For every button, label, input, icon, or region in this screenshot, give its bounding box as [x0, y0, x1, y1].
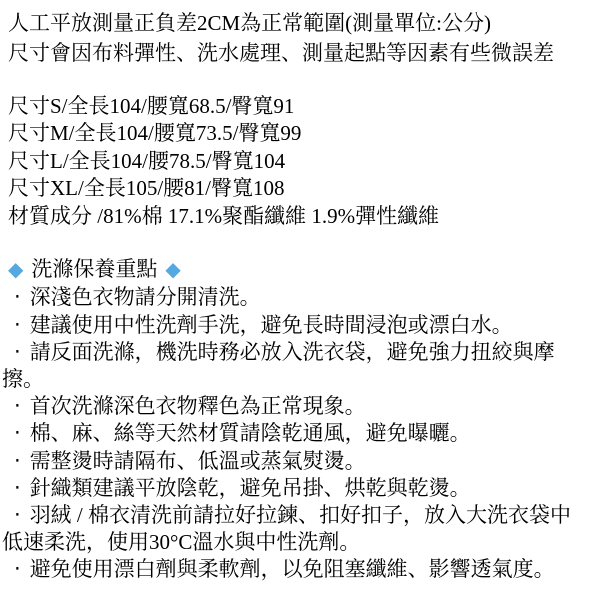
- bullet-icon: ‧: [14, 394, 21, 418]
- measurement-note-section: 人工平放測量正負差2CM為正常範圍(測量單位:公分) 尺寸會因布料彈性、洗水處理…: [8, 8, 576, 68]
- care-item-text: 棉、麻、絲等天然材質請陰乾通風，避免曝曬。: [30, 421, 471, 445]
- size-spec-m: 尺寸M/全長104/腰寬73.5/臀寬99: [8, 120, 576, 147]
- care-item: ‧首次洗滌深色衣物釋色為正常現象。: [2, 393, 576, 420]
- care-item: ‧棉、麻、絲等天然材質請陰乾通風，避免曝曬。: [2, 420, 576, 447]
- bullet-icon: ‧: [14, 503, 21, 527]
- measurement-tolerance-note: 人工平放測量正負差2CM為正常範圍(測量單位:公分): [8, 8, 576, 38]
- care-heading-text: 洗滌保養重點: [31, 257, 157, 281]
- care-item: ‧避免使用漂白劑與柔軟劑，以免阻塞纖維、影響透氣度。: [2, 556, 576, 583]
- care-item: ‧建議使用中性洗劑手洗，避免長時間浸泡或漂白水。: [2, 312, 576, 339]
- bullet-icon: ‧: [14, 476, 21, 500]
- care-item-text: 避免使用漂白劑與柔軟劑，以免阻塞纖維、影響透氣度。: [30, 557, 555, 581]
- size-spec-s: 尺寸S/全長104/腰寬68.5/臀寬91: [8, 93, 576, 120]
- care-item: ‧需整燙時請隔布、低溫或蒸氣熨燙。: [2, 448, 576, 475]
- diamond-icon: ◆: [8, 259, 23, 281]
- care-item: ‧請反面洗滌，機洗時務必放入洗衣袋，避免強力扭絞與摩擦。: [2, 339, 576, 393]
- care-item-text: 建議使用中性洗劑手洗，避免長時間浸泡或漂白水。: [30, 313, 513, 337]
- care-item-text: 需整燙時請隔布、低溫或蒸氣熨燙。: [30, 449, 366, 473]
- bullet-icon: ‧: [14, 449, 21, 473]
- care-item-text: 深淺色衣物請分開清洗。: [30, 285, 261, 309]
- care-item: ‧針織類建議平放陰乾，避免吊掛、烘乾與乾燙。: [2, 475, 576, 502]
- material-composition: 材質成分 /81%棉 17.1%聚酯纖維 1.9%彈性纖維: [8, 203, 576, 230]
- care-item: ‧深淺色衣物請分開清洗。: [2, 284, 576, 311]
- product-care-page: 人工平放測量正負差2CM為正常範圍(測量單位:公分) 尺寸會因布料彈性、洗水處理…: [0, 0, 600, 600]
- measurement-variance-note: 尺寸會因布料彈性、洗水處理、測量起點等因素有些微誤差: [8, 38, 576, 68]
- size-spec-l: 尺寸L/全長104/腰78.5/臀寬104: [8, 148, 576, 175]
- care-item-text: 羽絨 / 棉衣清洗前請拉好拉鍊、扣好扣子，放入大洗衣袋中低速柔洗，使用30°C溫…: [2, 503, 571, 554]
- care-item: ‧羽絨 / 棉衣清洗前請拉好拉鍊、扣好扣子，放入大洗衣袋中低速柔洗，使用30°C…: [2, 502, 576, 556]
- bullet-icon: ‧: [14, 421, 21, 445]
- bullet-icon: ‧: [14, 557, 21, 581]
- bullet-icon: ‧: [14, 340, 21, 364]
- care-section-heading: ◆洗滌保養重點◆: [8, 256, 576, 284]
- size-spec-xl: 尺寸XL/全長105/腰81/臀寬108: [8, 175, 576, 202]
- diamond-icon: ◆: [165, 259, 180, 281]
- care-item-text: 請反面洗滌，機洗時務必放入洗衣袋，避免強力扭絞與摩擦。: [2, 340, 555, 391]
- bullet-icon: ‧: [14, 313, 21, 337]
- size-spec-section: 尺寸S/全長104/腰寬68.5/臀寬91 尺寸M/全長104/腰寬73.5/臀…: [8, 93, 576, 230]
- care-item-text: 針織類建議平放陰乾，避免吊掛、烘乾與乾燙。: [30, 476, 471, 500]
- care-item-text: 首次洗滌深色衣物釋色為正常現象。: [30, 394, 366, 418]
- bullet-icon: ‧: [14, 285, 21, 309]
- care-section: ◆洗滌保養重點◆ ‧深淺色衣物請分開清洗。 ‧建議使用中性洗劑手洗，避免長時間浸…: [8, 256, 576, 584]
